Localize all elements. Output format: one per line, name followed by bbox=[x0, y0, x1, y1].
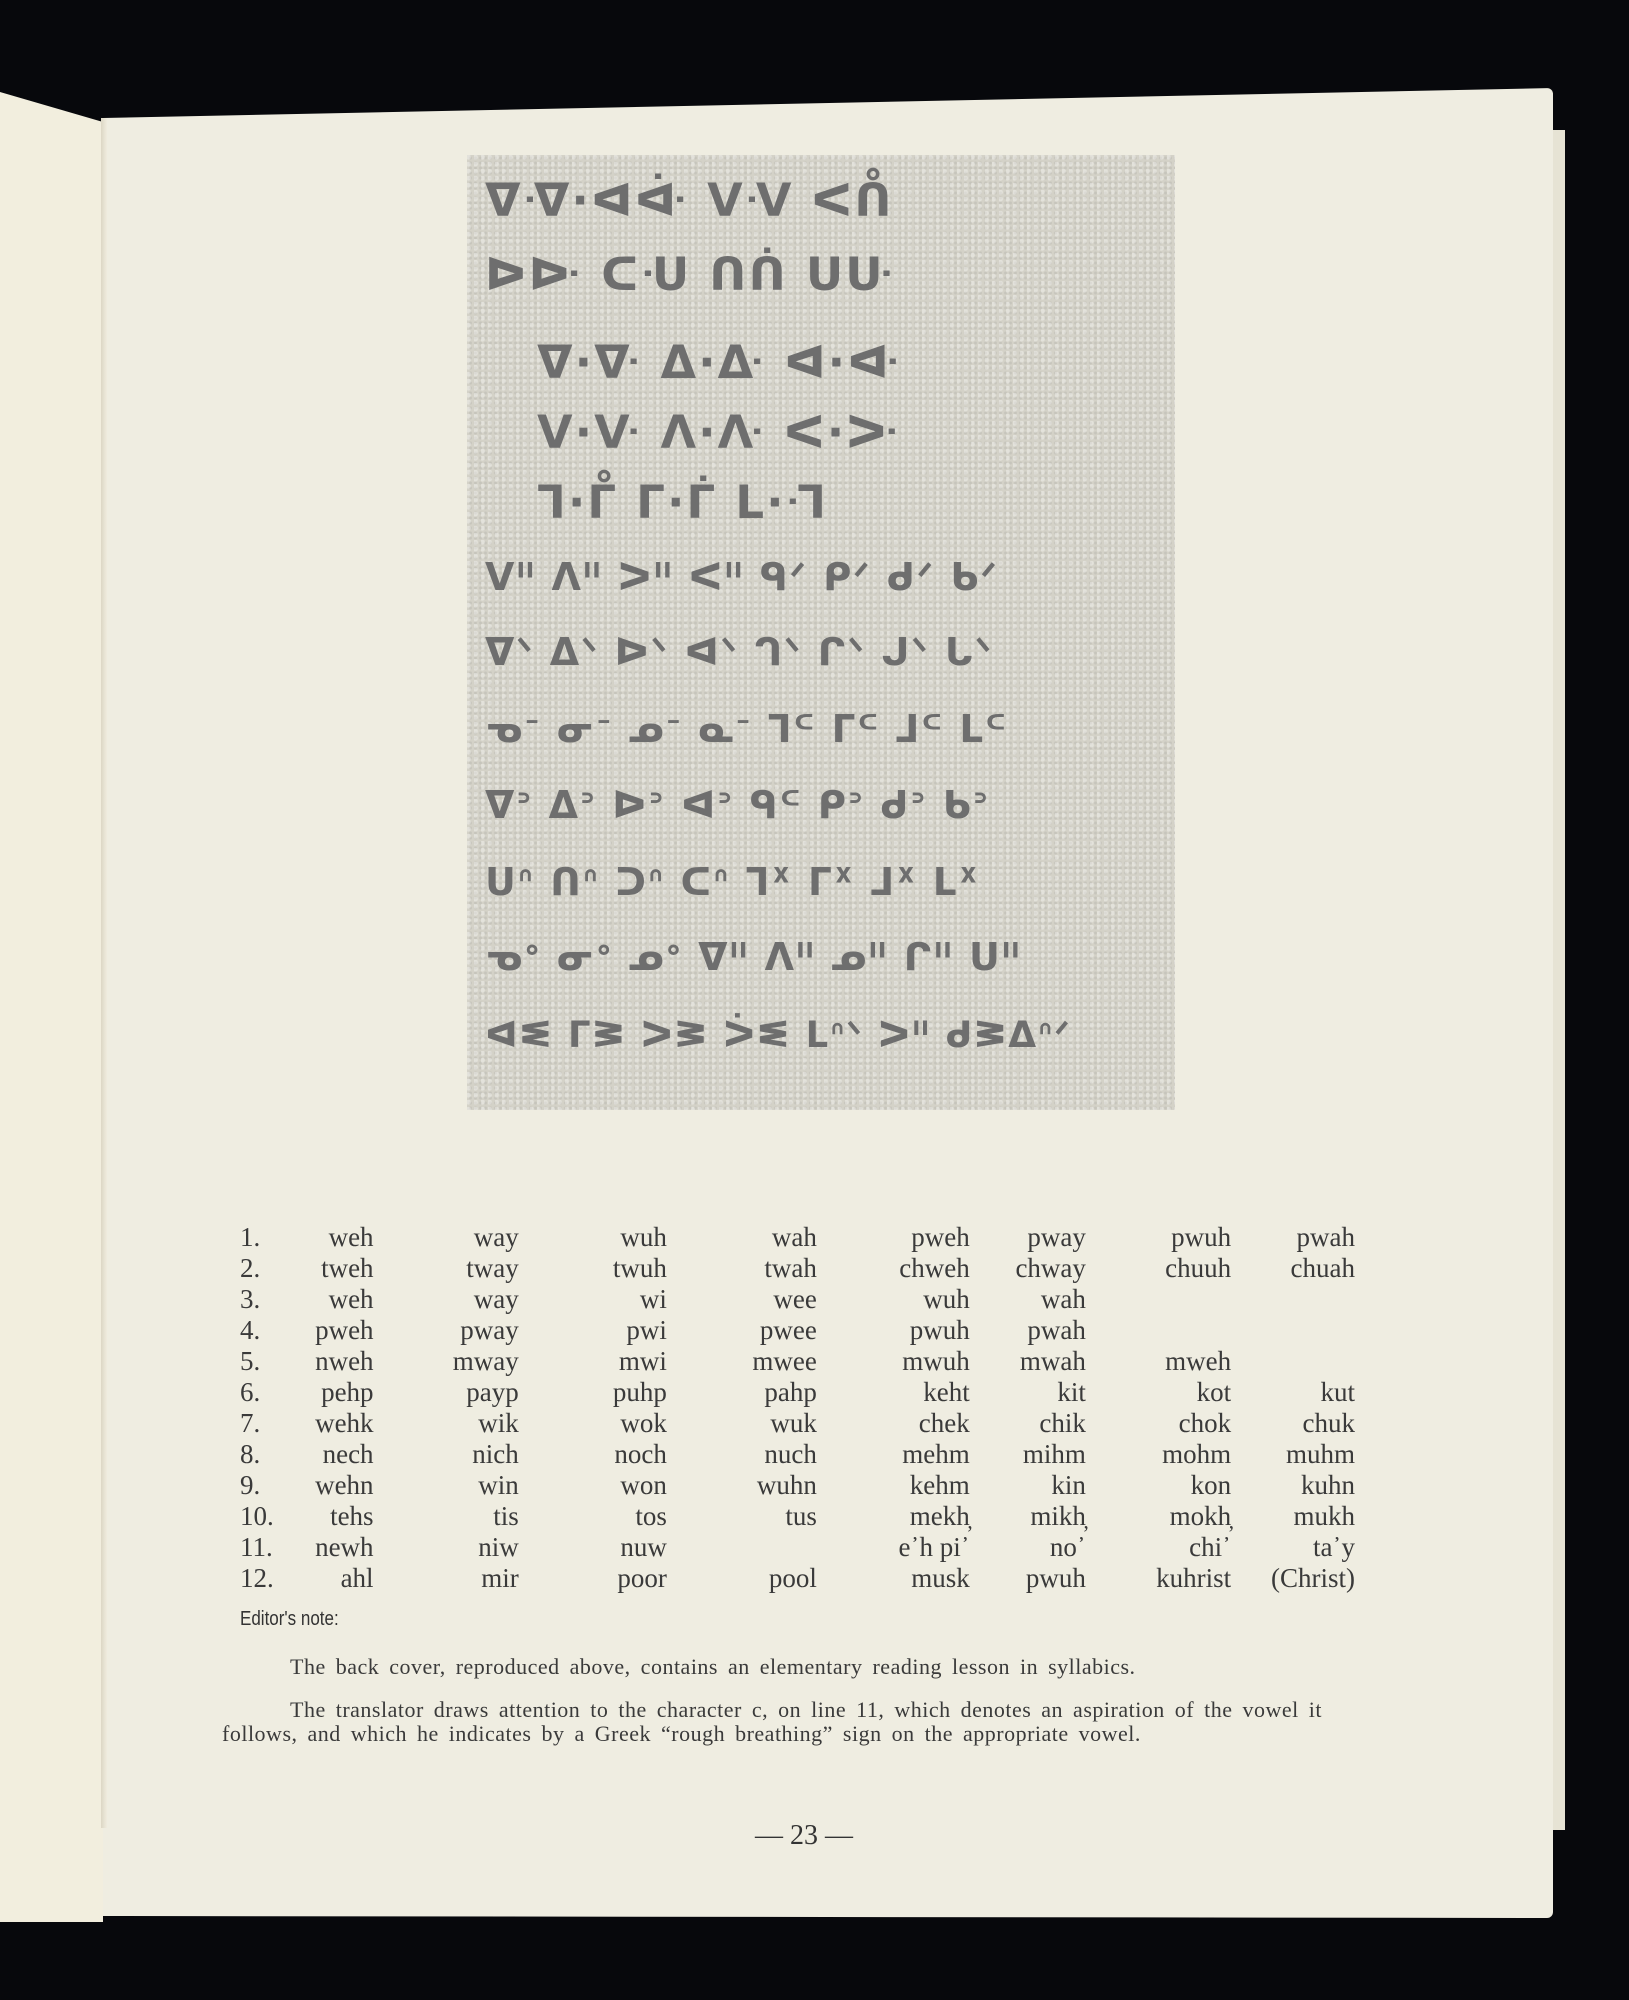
table-cell: pweh bbox=[817, 1222, 970, 1253]
table-cell: niw bbox=[374, 1532, 519, 1563]
table-cell: mihm bbox=[970, 1439, 1086, 1470]
table-row: 10.tehstistostusmekh̦mikh̦mokh̦mukh bbox=[240, 1501, 1355, 1532]
line-number: 3. bbox=[240, 1284, 286, 1315]
table-row: 4.pwehpwaypwipweepwuhpwah bbox=[240, 1315, 1355, 1346]
page-number: — 23 — bbox=[755, 1820, 853, 1852]
table-cell: chek bbox=[817, 1408, 970, 1439]
table-cell: kot bbox=[1086, 1377, 1231, 1408]
table-cell: wuh bbox=[519, 1222, 667, 1253]
table-row: 2.twehtwaytwuhtwahchwehchwaychuuhchuah bbox=[240, 1253, 1355, 1284]
table-cell: pehp bbox=[286, 1377, 373, 1408]
table-cell: chuuh bbox=[1086, 1253, 1231, 1284]
syllabics-row: ᐁᐣ ᐃᐣ ᐅᐣ ᐊᐣ ᑫᒼ ᑭᐣ ᑯᐣ ᑲᐣ bbox=[467, 783, 1175, 827]
table-cell: chik bbox=[970, 1408, 1086, 1439]
table-cell: pway bbox=[374, 1315, 519, 1346]
table-cell: (Christ) bbox=[1231, 1563, 1355, 1594]
table-cell: wehk bbox=[286, 1408, 373, 1439]
table-cell: wah bbox=[667, 1222, 817, 1253]
line-number: 7. bbox=[240, 1408, 286, 1439]
line-number: 4. bbox=[240, 1315, 286, 1346]
table-cell: chi᾿ bbox=[1086, 1532, 1231, 1563]
table-cell: payp bbox=[374, 1377, 519, 1408]
line-number: 5. bbox=[240, 1346, 286, 1377]
table-cell: chweh bbox=[817, 1253, 970, 1284]
line-number: 6. bbox=[240, 1377, 286, 1408]
table-cell: tos bbox=[519, 1501, 667, 1532]
table-cell: kut bbox=[1231, 1377, 1355, 1408]
syllabics-row: ᐊᓬ ᒥᕒ ᐳᕒ ᐴᓬ ᒪᐢᐠ ᐳᐦ ᑯᕒᐃᐢᐟ bbox=[467, 1015, 1175, 1056]
table-cell: mokh̦ bbox=[1086, 1501, 1231, 1532]
table-cell: kuhrist bbox=[1086, 1563, 1231, 1594]
line-number: 11. bbox=[240, 1532, 286, 1563]
line-number: 1. bbox=[240, 1222, 286, 1253]
table-cell: puhp bbox=[519, 1377, 667, 1408]
syllabics-row: ᓀᐤ ᓂᐤ ᓄᐤ ᐁᐦ ᐱᐦ ᓄᐦ ᒋᐦ ᑌᐦ bbox=[467, 935, 1175, 979]
table-cell: mwah bbox=[970, 1346, 1086, 1377]
table-cell: chway bbox=[970, 1253, 1086, 1284]
syllabics-row: ᐁᐠ ᐃᐠ ᐅᐠ ᐊᐠ ᒉᐠ ᒋᐠ ᒍᐠ ᒐᐠ bbox=[467, 630, 1175, 674]
syllabics-row: ᐅᐓ ᑕᑗ ᑎᑏ ᑌᑘ bbox=[467, 247, 1175, 301]
table-cell: mohm bbox=[1086, 1439, 1231, 1470]
line-number: 12. bbox=[240, 1563, 286, 1594]
table-cell: ahl bbox=[286, 1563, 373, 1594]
table-cell: mekh̦ bbox=[817, 1501, 970, 1532]
table-cell: mwee bbox=[667, 1346, 817, 1377]
table-cell: wah bbox=[970, 1284, 1086, 1315]
table-cell: wuh bbox=[817, 1284, 970, 1315]
table-cell: mukh bbox=[1231, 1501, 1355, 1532]
editors-note-paragraph: The back cover, reproduced above, contai… bbox=[222, 1655, 1322, 1679]
table-row: 7.wehkwikwokwukchekchikchokchuk bbox=[240, 1408, 1355, 1439]
table-cell: mikh̦ bbox=[970, 1501, 1086, 1532]
table-cell: pway bbox=[970, 1222, 1086, 1253]
table-cell: pwuh bbox=[817, 1315, 970, 1346]
table-row: 11.newhniwnuwe᾿h pi᾿no᾿chi᾿ta᾿y bbox=[240, 1532, 1355, 1563]
table-cell: pwah bbox=[1231, 1222, 1355, 1253]
line-number: 2. bbox=[240, 1253, 286, 1284]
table-cell: keht bbox=[817, 1377, 970, 1408]
table-cell: pwuh bbox=[1086, 1222, 1231, 1253]
table-cell: weh bbox=[286, 1284, 373, 1315]
table-cell: pool bbox=[667, 1563, 817, 1594]
table-cell: mweh bbox=[1086, 1346, 1231, 1377]
table-cell: nweh bbox=[286, 1346, 373, 1377]
table-cell: wuk bbox=[667, 1408, 817, 1439]
table-cell: won bbox=[519, 1470, 667, 1501]
syllabics-cover-image: ᐁᐌ·ᐊᐚ ᐯᐺ ᐸᑍ ᐅᐓ ᑕᑗ ᑎᑏ ᑌᑘ ᐁ·ᐍ ᐃ·ᐏ ᐊ·ᐘ ᐯ·ᐻ … bbox=[467, 155, 1175, 1110]
table-cell: weh bbox=[286, 1222, 373, 1253]
table-row: 6.pehppayppuhppahpkehtkitkotkut bbox=[240, 1377, 1355, 1408]
table-row: 3.wehwaywiweewuhwah bbox=[240, 1284, 1355, 1315]
table-cell bbox=[1231, 1346, 1355, 1377]
table-row: 9.wehnwinwonwuhnkehmkinkonkuhn bbox=[240, 1470, 1355, 1501]
table-cell: pwuh bbox=[970, 1563, 1086, 1594]
table-cell: kuhn bbox=[1231, 1470, 1355, 1501]
syllabics-row: ᑌᐢ ᑎᐢ ᑐᐢ ᑕᐢ ᒣᕽ ᒥᕽ ᒧᕽ ᒪᕽ bbox=[467, 860, 1175, 904]
table-row: 12.ahlmirpoorpoolmuskpwuhkuhrist(Christ) bbox=[240, 1563, 1355, 1594]
table-cell: e᾿h pi᾿ bbox=[817, 1532, 970, 1563]
table-cell: chuah bbox=[1231, 1253, 1355, 1284]
table-cell: nuw bbox=[519, 1532, 667, 1563]
table-cell: noch bbox=[519, 1439, 667, 1470]
table-cell: mir bbox=[374, 1563, 519, 1594]
table-cell: chuk bbox=[1231, 1408, 1355, 1439]
line-number: 8. bbox=[240, 1439, 286, 1470]
table-cell: wehn bbox=[286, 1470, 373, 1501]
table-cell: ta᾿y bbox=[1231, 1532, 1355, 1563]
syllabics-row: ᐁᐌ·ᐊᐚ ᐯᐺ ᐸᑍ bbox=[467, 173, 1175, 227]
table-cell: wok bbox=[519, 1408, 667, 1439]
table-row: 5.nwehmwaymwimweemwuhmwahmweh bbox=[240, 1346, 1355, 1377]
table-cell: pwi bbox=[519, 1315, 667, 1346]
table-cell: wik bbox=[374, 1408, 519, 1439]
table-cell: wi bbox=[519, 1284, 667, 1315]
table-cell: pahp bbox=[667, 1377, 817, 1408]
table-cell: nich bbox=[374, 1439, 519, 1470]
table-cell: nech bbox=[286, 1439, 373, 1470]
syllabics-row: ᒣ·ᒤ ᒥ·ᒦ ᒪ·ᒬ bbox=[467, 475, 1175, 529]
syllable-table: 1.wehwaywuhwahpwehpwaypwuhpwah2.twehtway… bbox=[240, 1222, 1355, 1594]
table-cell: kehm bbox=[817, 1470, 970, 1501]
table-cell: pweh bbox=[286, 1315, 373, 1346]
table-cell: mehm bbox=[817, 1439, 970, 1470]
table-cell bbox=[1086, 1284, 1231, 1315]
line-number: 10. bbox=[240, 1501, 286, 1532]
table-cell bbox=[1231, 1284, 1355, 1315]
table-cell: tis bbox=[374, 1501, 519, 1532]
table-cell bbox=[1086, 1315, 1231, 1346]
editors-note-label: Editor's note: bbox=[240, 1608, 339, 1631]
line-number: 9. bbox=[240, 1470, 286, 1501]
table-cell: musk bbox=[817, 1563, 970, 1594]
table-cell: tehs bbox=[286, 1501, 373, 1532]
table-cell bbox=[667, 1532, 817, 1563]
syllabics-row: ᐁ·ᐍ ᐃ·ᐏ ᐊ·ᐘ bbox=[467, 335, 1175, 389]
table-cell: newh bbox=[286, 1532, 373, 1563]
table-cell: kon bbox=[1086, 1470, 1231, 1501]
syllabics-row: ᓀᐨ ᓂᐨ ᓄᐨ ᓇᐨ ᒣᒼ ᒥᒼ ᒧᒼ ᒪᒼ bbox=[467, 707, 1175, 751]
table-row: 1.wehwaywuhwahpwehpwaypwuhpwah bbox=[240, 1222, 1355, 1253]
table-cell: tus bbox=[667, 1501, 817, 1532]
syllabics-row: ᐯ·ᐻ ᐱ·ᐽ ᐸ·ᑁ bbox=[467, 405, 1175, 459]
table-cell: twah bbox=[667, 1253, 817, 1284]
table-cell: twuh bbox=[519, 1253, 667, 1284]
table-row: 8.nechnichnochnuchmehmmihmmohmmuhm bbox=[240, 1439, 1355, 1470]
table-cell: mwi bbox=[519, 1346, 667, 1377]
table-cell: way bbox=[374, 1284, 519, 1315]
syllabics-row: ᐯᐦ ᐱᐦ ᐳᐦ ᐸᐦ ᑫᐟ ᑭᐟ ᑯᐟ ᑲᐟ bbox=[467, 555, 1175, 599]
table-cell: wuhn bbox=[667, 1470, 817, 1501]
table-cell: kin bbox=[970, 1470, 1086, 1501]
table-cell: wee bbox=[667, 1284, 817, 1315]
book-gutter bbox=[101, 118, 107, 1828]
table-cell bbox=[1231, 1315, 1355, 1346]
table-cell: mwuh bbox=[817, 1346, 970, 1377]
table-cell: nuch bbox=[667, 1439, 817, 1470]
page-edge bbox=[1553, 130, 1565, 1830]
table-cell: way bbox=[374, 1222, 519, 1253]
table-cell: win bbox=[374, 1470, 519, 1501]
table-cell: chok bbox=[1086, 1408, 1231, 1439]
table-cell: tweh bbox=[286, 1253, 373, 1284]
table-cell: tway bbox=[374, 1253, 519, 1284]
table-cell: pwah bbox=[970, 1315, 1086, 1346]
table-cell: kit bbox=[970, 1377, 1086, 1408]
table-cell: no᾿ bbox=[970, 1532, 1086, 1563]
table-cell: muhm bbox=[1231, 1439, 1355, 1470]
left-page bbox=[0, 92, 103, 1922]
editors-note-paragraph: The translator draws attention to the ch… bbox=[222, 1698, 1322, 1746]
table-cell: mway bbox=[374, 1346, 519, 1377]
table-cell: pwee bbox=[667, 1315, 817, 1346]
table-cell: poor bbox=[519, 1563, 667, 1594]
